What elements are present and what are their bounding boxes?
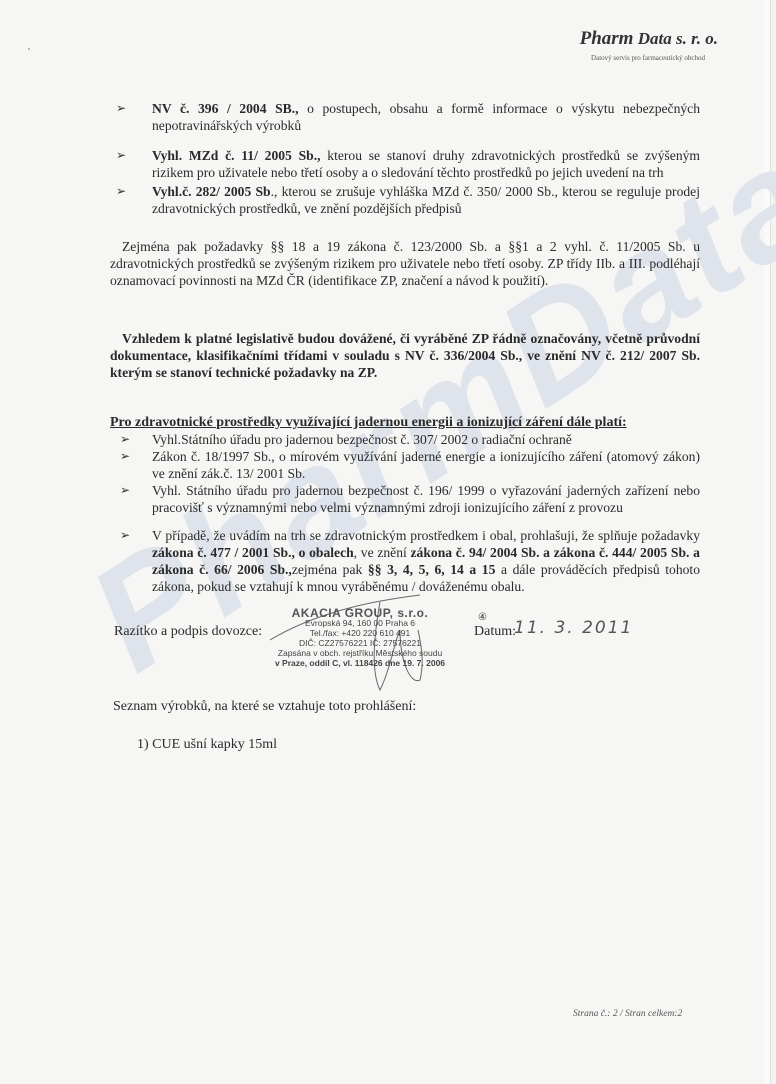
products-heading: Seznam výrobků, na které se vztahuje tot… <box>113 699 416 715</box>
page-number: Strana č.: 2 / Stran celkem:2 <box>573 1009 682 1019</box>
arrow-bullet-icon: ➢ <box>120 482 130 499</box>
requirements-paragraph: Zejména pak požadavky §§ 18 a 19 zákona … <box>110 238 700 289</box>
arrow-bullet-icon: ➢ <box>120 448 130 465</box>
company-stamp: AKACIA GROUP, s.r.o. Evropská 94, 160 00… <box>255 608 465 668</box>
stamp-company: AKACIA GROUP, s.r.o. <box>255 608 465 618</box>
signature-label: Razítko a podpis dovozce: <box>114 624 262 640</box>
date-label: Datum: <box>474 624 516 640</box>
list-item: ➢ Vyhl. MZd č. 11/ 2005 Sb., kterou se s… <box>110 147 700 181</box>
list-item: ➢ Vyhl.č. 282/ 2005 Sb., kterou se zrušu… <box>110 183 700 217</box>
packaging-declaration: ➢ V případě, že uvádím na trh se zdravot… <box>110 527 700 595</box>
handwritten-date: 11. 3. 2011 <box>514 618 633 638</box>
legislation-paragraph: Vzhledem k platné legislativě budou dová… <box>110 330 700 381</box>
arrow-bullet-icon: ➢ <box>120 431 130 448</box>
list-item: ➢ Zákon č. 18/1997 Sb., o mírovém využív… <box>120 448 700 482</box>
list-item: ➢ V případě, že uvádím na trh se zdravot… <box>120 527 700 595</box>
list-item: ➢ Vyhl. Státního úřadu pro jadernou bezp… <box>120 482 700 516</box>
arrow-bullet-icon: ➢ <box>120 527 130 544</box>
nuclear-section: Pro zdravotnické prostředky využívající … <box>110 414 700 516</box>
company-logo: Pharm Data s. r. o. Datový servis pro fa… <box>578 30 718 62</box>
list-item: ➢ NV č. 396 / 2004 SB., o postupech, obs… <box>110 100 700 134</box>
product-item: 1) CUE ušní kapky 15ml <box>137 737 277 753</box>
scan-speck <box>28 48 30 50</box>
regulations-list: ➢ NV č. 396 / 2004 SB., o postupech, obs… <box>110 100 700 217</box>
arrow-bullet-icon: ➢ <box>116 183 126 200</box>
arrow-bullet-icon: ➢ <box>116 147 126 164</box>
document-page: PharmData s.r.o. Pharm Data s. r. o. Dat… <box>0 0 771 1084</box>
page-edge <box>764 0 770 1084</box>
logo-tagline: Datový servis pro farmaceutický obchod <box>578 54 718 62</box>
arrow-bullet-icon: ➢ <box>116 100 126 117</box>
logo-text: Pharm Data s. r. o. <box>578 30 718 48</box>
list-item: ➢ Vyhl.Státního úřadu pro jadernou bezpe… <box>120 431 700 448</box>
date-marker: ④ <box>478 612 487 623</box>
section-heading: Pro zdravotnické prostředky využívající … <box>110 414 700 431</box>
